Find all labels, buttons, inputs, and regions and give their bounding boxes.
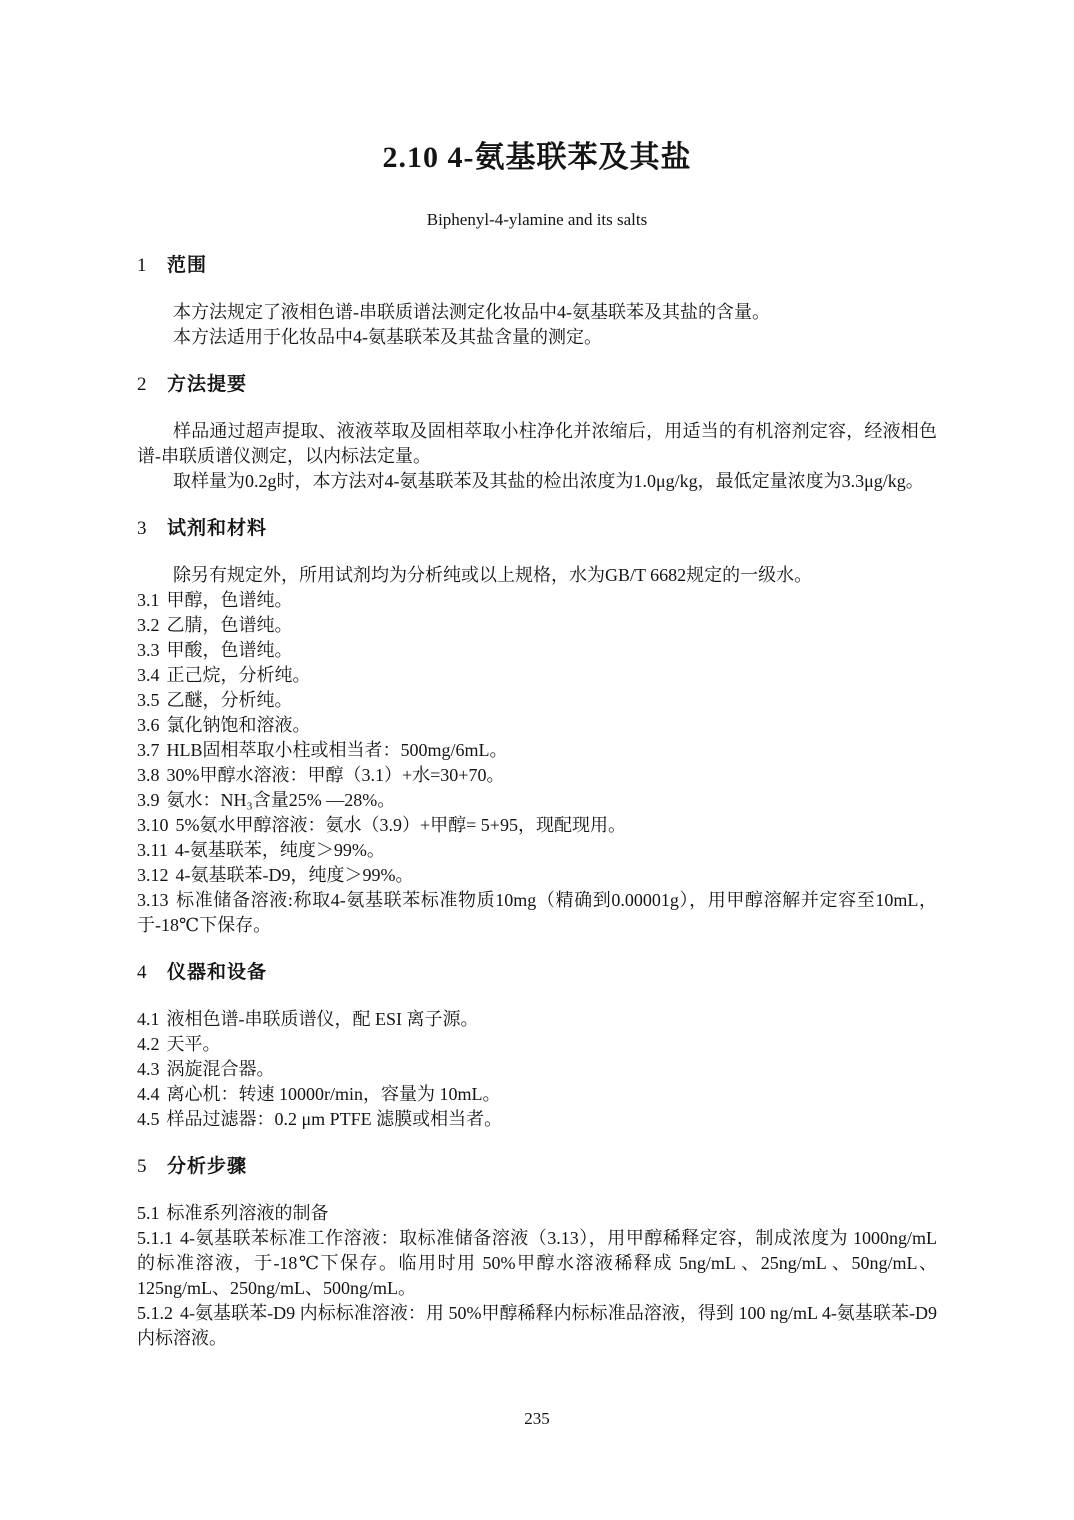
section-number: 4 bbox=[137, 960, 167, 985]
list-item: 3.3甲酸，色谱纯。 bbox=[137, 638, 937, 663]
section-procedure: 5分析步骤 5.1标准系列溶液的制备 5.1.14-氨基联苯标准工作溶液：取标准… bbox=[137, 1154, 937, 1351]
section-heading: 3试剂和材料 bbox=[137, 516, 937, 541]
section-number: 2 bbox=[137, 372, 167, 397]
section-number: 5 bbox=[137, 1154, 167, 1179]
item-text: 涡旋混合器。 bbox=[167, 1059, 275, 1079]
item-text: 4-氨基联苯，纯度＞99%。 bbox=[175, 840, 385, 860]
item-text: 液相色谱-串联质谱仪，配 ESI 离子源。 bbox=[167, 1009, 479, 1029]
section-heading: 4仪器和设备 bbox=[137, 960, 937, 985]
item-number: 4.1 bbox=[137, 1009, 160, 1029]
section-label: 方法提要 bbox=[167, 374, 247, 395]
document-page: 2.10 4-氨基联苯及其盐 Biphenyl-4-ylamine and it… bbox=[0, 0, 1074, 1520]
list-item: 4.2天平。 bbox=[137, 1032, 937, 1057]
document-content: 2.10 4-氨基联苯及其盐 Biphenyl-4-ylamine and it… bbox=[0, 0, 1074, 1351]
item-number: 3.2 bbox=[137, 615, 160, 635]
list-item: 3.5乙醚，分析纯。 bbox=[137, 688, 937, 713]
item-number: 3.13 bbox=[137, 890, 169, 910]
item-number: 4.3 bbox=[137, 1059, 160, 1079]
section-method-summary: 2方法提要 样品通过超声提取、液液萃取及固相萃取小柱净化并浓缩后，用适当的有机溶… bbox=[137, 372, 937, 494]
section-label: 分析步骤 bbox=[167, 1156, 247, 1177]
paragraph: 除另有规定外，所用试剂均为分析纯或以上规格，水为GB/T 6682规定的一级水。 bbox=[137, 563, 937, 588]
list-item: 3.1甲醇，色谱纯。 bbox=[137, 588, 937, 613]
item-number: 5.1.1 bbox=[137, 1228, 173, 1248]
document-subtitle: Biphenyl-4-ylamine and its salts bbox=[137, 209, 937, 231]
item-number: 4.4 bbox=[137, 1084, 160, 1104]
list-item: 3.124-氨基联苯-D9，纯度＞99%。 bbox=[137, 863, 937, 888]
list-item: 4.5样品过滤器：0.2 μm PTFE 滤膜或相当者。 bbox=[137, 1107, 937, 1132]
paragraph: 样品通过超声提取、液液萃取及固相萃取小柱净化并浓缩后，用适当的有机溶剂定容，经液… bbox=[137, 419, 937, 469]
item-text: 正己烷，分析纯。 bbox=[167, 665, 311, 685]
item-number: 4.2 bbox=[137, 1034, 160, 1054]
item-number: 3.7 bbox=[137, 740, 160, 760]
list-item: 5.1.14-氨基联苯标准工作溶液：取标准储备溶液（3.13），用甲醇稀释定容，… bbox=[137, 1226, 937, 1301]
item-text: 乙醚，分析纯。 bbox=[167, 690, 293, 710]
item-text: 甲醇，色谱纯。 bbox=[167, 590, 293, 610]
item-number: 4.5 bbox=[137, 1109, 160, 1129]
paragraph: 本方法适用于化妆品中4-氨基联苯及其盐含量的测定。 bbox=[137, 325, 937, 350]
item-text: 4-氨基联苯-D9 内标标准溶液：用 50%甲醇稀释内标标准品溶液，得到 100… bbox=[137, 1303, 937, 1348]
list-item: 5.1标准系列溶液的制备 bbox=[137, 1201, 937, 1226]
item-number: 3.8 bbox=[137, 765, 160, 785]
list-item: 5.1.24-氨基联苯-D9 内标标准溶液：用 50%甲醇稀释内标标准品溶液，得… bbox=[137, 1301, 937, 1351]
item-text: 30%甲醇水溶液：甲醇（3.1）+水=30+70。 bbox=[167, 765, 505, 785]
list-item: 4.3涡旋混合器。 bbox=[137, 1057, 937, 1082]
document-title: 2.10 4-氨基联苯及其盐 bbox=[137, 141, 937, 175]
item-text: HLB固相萃取小柱或相当者：500mg/6mL。 bbox=[167, 740, 508, 760]
list-item: 4.4离心机：转速 10000r/min，容量为 10mL。 bbox=[137, 1082, 937, 1107]
item-text: 4-氨基联苯标准工作溶液：取标准储备溶液（3.13），用甲醇稀释定容，制成浓度为… bbox=[137, 1228, 937, 1298]
section-heading: 1范围 bbox=[137, 253, 937, 278]
item-number: 3.12 bbox=[137, 865, 169, 885]
section-label: 仪器和设备 bbox=[167, 962, 267, 983]
paragraph: 取样量为0.2g时，本方法对4-氨基联苯及其盐的检出浓度为1.0μg/kg，最低… bbox=[137, 469, 937, 494]
list-item: 3.830%甲醇水溶液：甲醇（3.1）+水=30+70。 bbox=[137, 763, 937, 788]
section-label: 范围 bbox=[167, 255, 207, 276]
section-label: 试剂和材料 bbox=[167, 518, 267, 539]
item-number: 3.3 bbox=[137, 640, 160, 660]
list-item: 3.6氯化钠饱和溶液。 bbox=[137, 713, 937, 738]
item-number: 3.9 bbox=[137, 790, 160, 810]
item-text: 样品过滤器：0.2 μm PTFE 滤膜或相当者。 bbox=[167, 1109, 503, 1129]
item-number: 5.1.2 bbox=[137, 1303, 173, 1323]
list-item: 3.114-氨基联苯，纯度＞99%。 bbox=[137, 838, 937, 863]
item-text: 氯化钠饱和溶液。 bbox=[167, 715, 311, 735]
list-item: 3.9氨水：NH₃含量25% —28%。 bbox=[137, 788, 937, 813]
item-number: 3.5 bbox=[137, 690, 160, 710]
list-item: 3.105%氨水甲醇溶液：氨水（3.9）+甲醇= 5+95，现配现用。 bbox=[137, 813, 937, 838]
item-text: 4-氨基联苯-D9，纯度＞99%。 bbox=[176, 865, 414, 885]
item-text: 离心机：转速 10000r/min，容量为 10mL。 bbox=[167, 1084, 501, 1104]
section-reagents: 3试剂和材料 除另有规定外，所用试剂均为分析纯或以上规格，水为GB/T 6682… bbox=[137, 516, 937, 938]
item-text: 标准储备溶液:称取4-氨基联苯标准物质10mg（精确到0.00001g），用甲醇… bbox=[137, 890, 937, 935]
list-item: 3.2乙腈，色谱纯。 bbox=[137, 613, 937, 638]
section-scope: 1范围 本方法规定了液相色谱-串联质谱法测定化妆品中4-氨基联苯及其盐的含量。 … bbox=[137, 253, 937, 350]
item-text: 甲酸，色谱纯。 bbox=[167, 640, 293, 660]
item-number: 3.10 bbox=[137, 815, 169, 835]
item-number: 3.4 bbox=[137, 665, 160, 685]
item-text: 5%氨水甲醇溶液：氨水（3.9）+甲醇= 5+95，现配现用。 bbox=[176, 815, 626, 835]
list-item: 3.4正己烷，分析纯。 bbox=[137, 663, 937, 688]
item-text: 天平。 bbox=[167, 1034, 221, 1054]
item-number: 3.11 bbox=[137, 840, 168, 860]
section-instruments: 4仪器和设备 4.1液相色谱-串联质谱仪，配 ESI 离子源。 4.2天平。 4… bbox=[137, 960, 937, 1132]
section-heading: 5分析步骤 bbox=[137, 1154, 937, 1179]
item-text: 乙腈，色谱纯。 bbox=[167, 615, 293, 635]
item-number: 3.1 bbox=[137, 590, 160, 610]
item-number: 5.1 bbox=[137, 1203, 160, 1223]
paragraph: 本方法规定了液相色谱-串联质谱法测定化妆品中4-氨基联苯及其盐的含量。 bbox=[137, 300, 937, 325]
list-item: 3.13标准储备溶液:称取4-氨基联苯标准物质10mg（精确到0.00001g）… bbox=[137, 888, 937, 938]
list-item: 4.1液相色谱-串联质谱仪，配 ESI 离子源。 bbox=[137, 1007, 937, 1032]
item-number: 3.6 bbox=[137, 715, 160, 735]
list-item: 3.7HLB固相萃取小柱或相当者：500mg/6mL。 bbox=[137, 738, 937, 763]
item-text: 氨水：NH₃含量25% —28%。 bbox=[167, 790, 396, 810]
item-text: 标准系列溶液的制备 bbox=[167, 1203, 329, 1223]
page-number: 235 bbox=[0, 1408, 1074, 1430]
section-number: 3 bbox=[137, 516, 167, 541]
section-heading: 2方法提要 bbox=[137, 372, 937, 397]
section-number: 1 bbox=[137, 253, 167, 278]
